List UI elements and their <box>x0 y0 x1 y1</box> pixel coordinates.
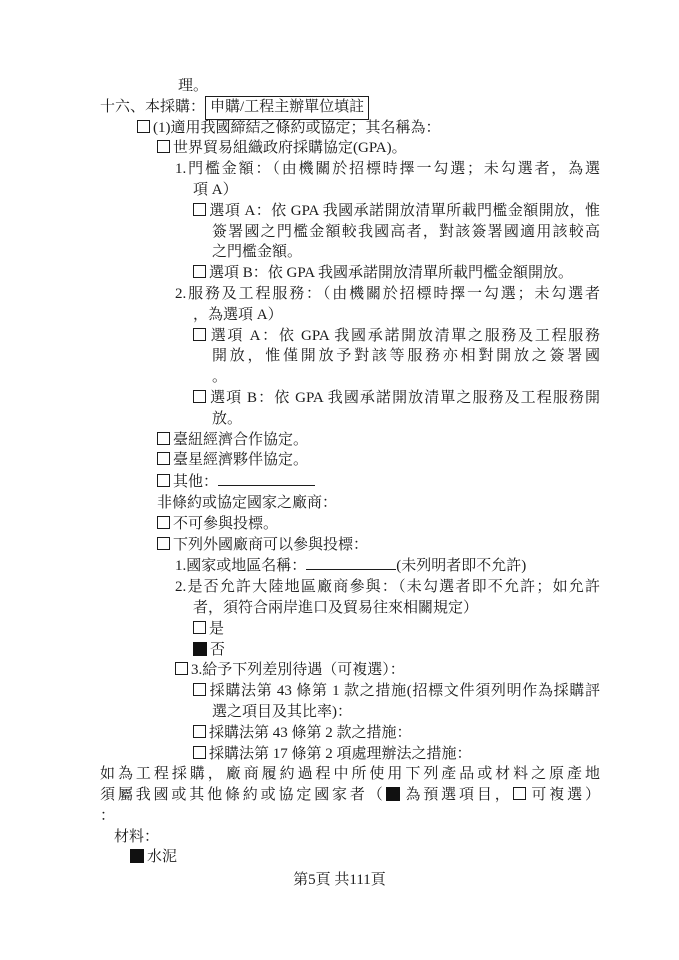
checkbox-empty-icon <box>157 516 170 529</box>
text-run: (1)適用我國締結之條約或協定；其名稱為： <box>153 120 441 136</box>
text-run: 者，須符合兩岸進口及貿易往來相關規定） <box>193 600 478 616</box>
text-run: 3.給予下列差別待遇（可複選）： <box>191 662 405 678</box>
checkbox-empty-icon <box>157 140 170 153</box>
form-line: 選之項目及其比率)： <box>212 702 600 723</box>
text-run: 放。 <box>212 411 242 427</box>
text-run: 選項 B：依 GPA 我國承諾開放清單所載門檻金額開放。 <box>209 265 573 281</box>
text-run: 臺星經濟夥伴協定。 <box>173 452 308 468</box>
form-line: 2.是否允許大陸地區廠商參與：（未勾選者即不允許；如允許 <box>175 577 600 598</box>
text-run: 非條約或協定國家之廠商： <box>157 495 337 511</box>
text-run: (未列明者即不允許) <box>396 558 526 574</box>
form-line: ，為選項 A） <box>193 305 600 326</box>
text-run: 須屬我國或其他條約或協定國家者（ <box>100 787 386 803</box>
text-run: 2.是否允許大陸地區廠商參與：（未勾選者即不允許；如允許 <box>175 579 600 595</box>
form-line: 1.國家或地區名稱：(未列明者即不允許) <box>175 555 600 577</box>
text-run: 理。 <box>178 78 208 94</box>
fill-in-blank <box>218 471 315 486</box>
checkbox-empty-icon <box>157 432 170 445</box>
form-line: 否 <box>193 640 600 661</box>
form-line: 3.給予下列差別待遇（可複選）： <box>175 660 600 681</box>
checkbox-checked-icon <box>193 642 207 656</box>
form-line: 採購法第 43 條第 2 款之措施： <box>193 723 600 744</box>
form-line: 材料： <box>114 827 600 848</box>
form-line: 採購法第 17 條第 2 項處理辦法之措施： <box>193 744 600 765</box>
page-footer: 第5頁 共111頁 <box>0 870 679 890</box>
text-run: 1.國家或地區名稱： <box>175 558 306 574</box>
text-run: 如為工程採購，廠商履約過程中所使用下列產品或材料之原產地 <box>100 766 600 782</box>
checkbox-checked-icon <box>386 787 400 801</box>
checkbox-empty-icon <box>157 537 170 550</box>
form-line: 選項 B：依 GPA 我國承諾開放清單所載門檻金額開放。 <box>193 263 600 284</box>
text-run: 之門檻金額。 <box>212 244 302 260</box>
document-page: 理。十六、本採購：申購/工程主辦單位填註(1)適用我國締結之條約或協定；其名稱為… <box>0 0 679 960</box>
form-line: 者，須符合兩岸進口及貿易往來相關規定） <box>193 598 600 619</box>
form-line: 臺星經濟夥伴協定。 <box>157 450 600 471</box>
text-run: 十六、本採購： <box>100 99 205 115</box>
form-line: 水泥 <box>130 847 600 868</box>
text-run: ，為選項 A） <box>193 307 283 323</box>
text-run: 選項 B：依 GPA 我國承諾開放清單之服務及工程服務開 <box>209 390 600 406</box>
checkbox-checked-icon <box>130 849 144 863</box>
text-run: 可複選） <box>529 787 600 803</box>
text-run: 選項 A：依 GPA 我國承諾開放清單所載門檻金額開放，惟 <box>209 203 600 219</box>
form-line: 世界貿易組織政府採購協定(GPA)。 <box>157 138 600 159</box>
form-line: 十六、本採購：申購/工程主辦單位填註 <box>100 97 600 118</box>
form-line: 不可參與投標。 <box>157 514 600 535</box>
checkbox-empty-icon <box>193 203 206 216</box>
form-line: 是 <box>193 619 600 640</box>
form-line: 。 <box>212 367 600 388</box>
checkbox-empty-icon <box>193 725 206 738</box>
text-run: 採購法第 17 條第 2 項處理辦法之措施： <box>209 746 472 762</box>
text-run: 水泥 <box>147 849 177 865</box>
form-line: 選項 B：依 GPA 我國承諾開放清單之服務及工程服務開 <box>193 388 600 409</box>
text-run: 材料： <box>114 829 159 845</box>
text-run: 世界貿易組織政府採購協定(GPA)。 <box>173 140 407 156</box>
form-line: 選項 A：依 GPA 我國承諾開放清單之服務及工程服務 <box>193 326 600 347</box>
checkbox-empty-icon <box>193 328 206 341</box>
text-run: 2.服務及工程服務：（由機關於招標時擇一勾選；未勾選者 <box>175 286 600 302</box>
form-line: 放。 <box>212 409 600 430</box>
text-run: 1.門檻金額：（由機關於招標時擇一勾選；未勾選者，為選 <box>175 161 600 177</box>
checkbox-empty-icon <box>157 452 170 465</box>
checkbox-empty-icon <box>137 120 150 133</box>
text-run: 。 <box>212 369 227 385</box>
form-line: 臺紐經濟合作協定。 <box>157 430 600 451</box>
form-line: 簽署國之門檻金額較我國高者，對該簽署國適用該較高 <box>212 222 600 243</box>
text-run: 選之項目及其比率)： <box>212 704 352 720</box>
form-line: 開放，惟僅開放予對該等服務亦相對開放之簽署國 <box>212 346 600 367</box>
form-line: 項 A） <box>193 180 600 201</box>
text-run: 下列外國廠商可以參與投標： <box>173 537 368 553</box>
checkbox-empty-icon <box>175 662 188 675</box>
fill-in-blank <box>306 555 396 570</box>
form-line: 下列外國廠商可以參與投標： <box>157 535 600 556</box>
text-run: 採購法第 43 條第 1 款之措施(招標文件須列明作為採購評 <box>209 683 600 699</box>
checkbox-empty-icon <box>193 265 206 278</box>
text-run: 開放，惟僅開放予對該等服務亦相對開放之簽署國 <box>212 348 600 364</box>
checkbox-empty-icon <box>193 621 206 634</box>
document-lines: 理。十六、本採購：申購/工程主辦單位填註(1)適用我國締結之條約或協定；其名稱為… <box>100 76 600 868</box>
filler-unit-note-box: 申購/工程主辦單位填註 <box>205 96 369 120</box>
text-run: 選項 A：依 GPA 我國承諾開放清單之服務及工程服務 <box>209 328 600 344</box>
form-line: (1)適用我國締結之條約或協定；其名稱為： <box>137 118 600 139</box>
text-run: 是 <box>209 621 224 637</box>
form-line: ： <box>100 806 600 827</box>
text-run: 臺紐經濟合作協定。 <box>173 432 308 448</box>
text-run: 項 A） <box>193 182 238 198</box>
text-run: 採購法第 43 條第 2 款之措施： <box>209 725 412 741</box>
form-line: 2.服務及工程服務：（由機關於招標時擇一勾選；未勾選者 <box>175 284 600 305</box>
form-line: 採購法第 43 條第 1 款之措施(招標文件須列明作為採購評 <box>193 681 600 702</box>
form-line: 其他： <box>157 471 600 493</box>
text-run: ： <box>100 808 115 824</box>
text-run: 不可參與投標。 <box>173 516 278 532</box>
form-line: 理。 <box>178 76 600 97</box>
checkbox-empty-icon <box>193 746 206 759</box>
form-line: 1.門檻金額：（由機關於招標時擇一勾選；未勾選者，為選 <box>175 159 600 180</box>
text-run: 否 <box>210 642 225 658</box>
checkbox-empty-icon <box>157 474 170 487</box>
checkbox-empty-icon <box>193 683 206 696</box>
form-line: 選項 A：依 GPA 我國承諾開放清單所載門檻金額開放，惟 <box>193 201 600 222</box>
checkbox-empty-icon <box>193 390 206 403</box>
checkbox-empty-icon <box>513 787 526 800</box>
text-run: 為預選項目， <box>403 787 513 803</box>
form-line: 非條約或協定國家之廠商： <box>157 493 600 514</box>
form-line: 如為工程採購，廠商履約過程中所使用下列產品或材料之原產地 <box>100 764 600 785</box>
form-line: 須屬我國或其他條約或協定國家者（為預選項目，可複選） <box>100 785 600 806</box>
text-run: 簽署國之門檻金額較我國高者，對該簽署國適用該較高 <box>212 224 600 240</box>
form-line: 之門檻金額。 <box>212 242 600 263</box>
text-run: 其他： <box>173 474 218 490</box>
